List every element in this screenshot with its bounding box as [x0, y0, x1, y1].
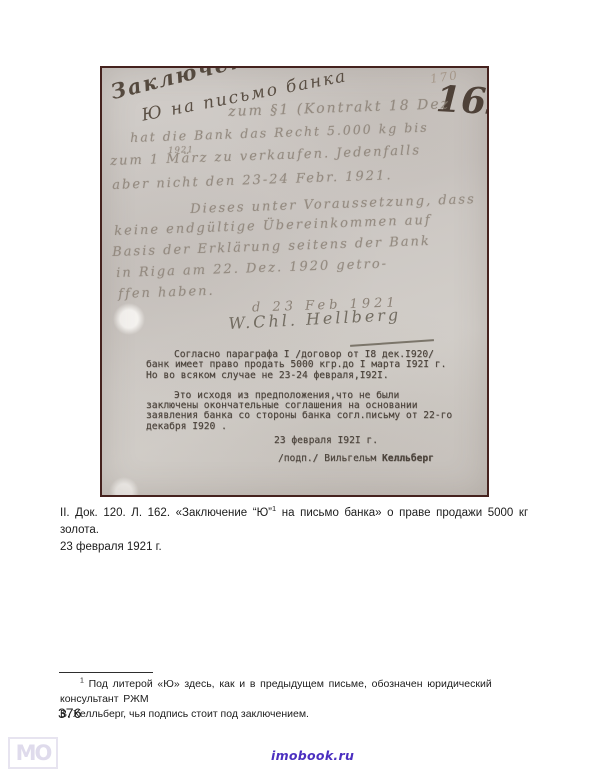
- footnote-text-line1: Под литерой «Ю» здесь, как и в предыдуще…: [60, 678, 492, 705]
- footnote-text-line2: В. Хелльберг, чья подпись стоит под закл…: [60, 708, 309, 720]
- typed-signature-name: Келльберг: [382, 453, 434, 464]
- document-photo: Заключение Ю на письмо банка 170 162 zum…: [100, 66, 489, 497]
- typed-line: Но во всяком случае не 23-24 февраля,I92…: [146, 371, 488, 381]
- site-watermark: imobook.ru: [271, 748, 354, 763]
- typed-signature: /подп./ Вильгельм Келльберг: [146, 454, 488, 464]
- typed-date: 23 февраля I92I г.: [146, 436, 488, 446]
- german-handwriting-line: Dieses unter Voraussetzung, dass: [190, 192, 476, 217]
- footnote: 1 Под литерой «Ю» здесь, как и в предыду…: [60, 677, 545, 722]
- german-handwriting-line: hat die Bank das Recht 5.000 kg bis: [130, 120, 429, 145]
- german-handwriting-line: aber nicht den 23-24 Febr. 1921.: [112, 168, 393, 193]
- german-handwriting-line: zum 1 März zu verkaufen. Jedenfalls: [110, 143, 421, 169]
- book-page: Заключение Ю на письмо банка 170 162 zum…: [0, 0, 600, 781]
- page-number: 376: [58, 705, 81, 721]
- footnote-divider: [59, 672, 153, 673]
- signature-underline: [350, 339, 434, 346]
- inserted-year-note: 1921: [168, 145, 194, 156]
- publisher-logo-text: MO: [16, 741, 51, 765]
- caption-text-part1: II. Док. 120. Л. 162. «Заключение “Ю”: [60, 507, 272, 519]
- german-handwriting-line: ffen haben.: [118, 284, 215, 302]
- footnote-line1: 1 Под литерой «Ю» здесь, как и в предыду…: [60, 677, 545, 707]
- typed-line: декабря I920 .: [146, 422, 488, 432]
- caption-date-line: 23 февраля 1921 г.: [60, 539, 545, 556]
- publisher-logo: MO: [8, 737, 58, 769]
- typed-signature-prefix: /подп./ Вильгельм: [278, 453, 382, 464]
- typewritten-block: Согласно параграфа I /договор от I8 дек.…: [146, 350, 488, 465]
- figure-caption: II. Док. 120. Л. 162. «Заключение “Ю”1 н…: [60, 505, 545, 556]
- german-handwriting-line: in Riga am 22. Dez. 1920 getro-: [116, 257, 388, 281]
